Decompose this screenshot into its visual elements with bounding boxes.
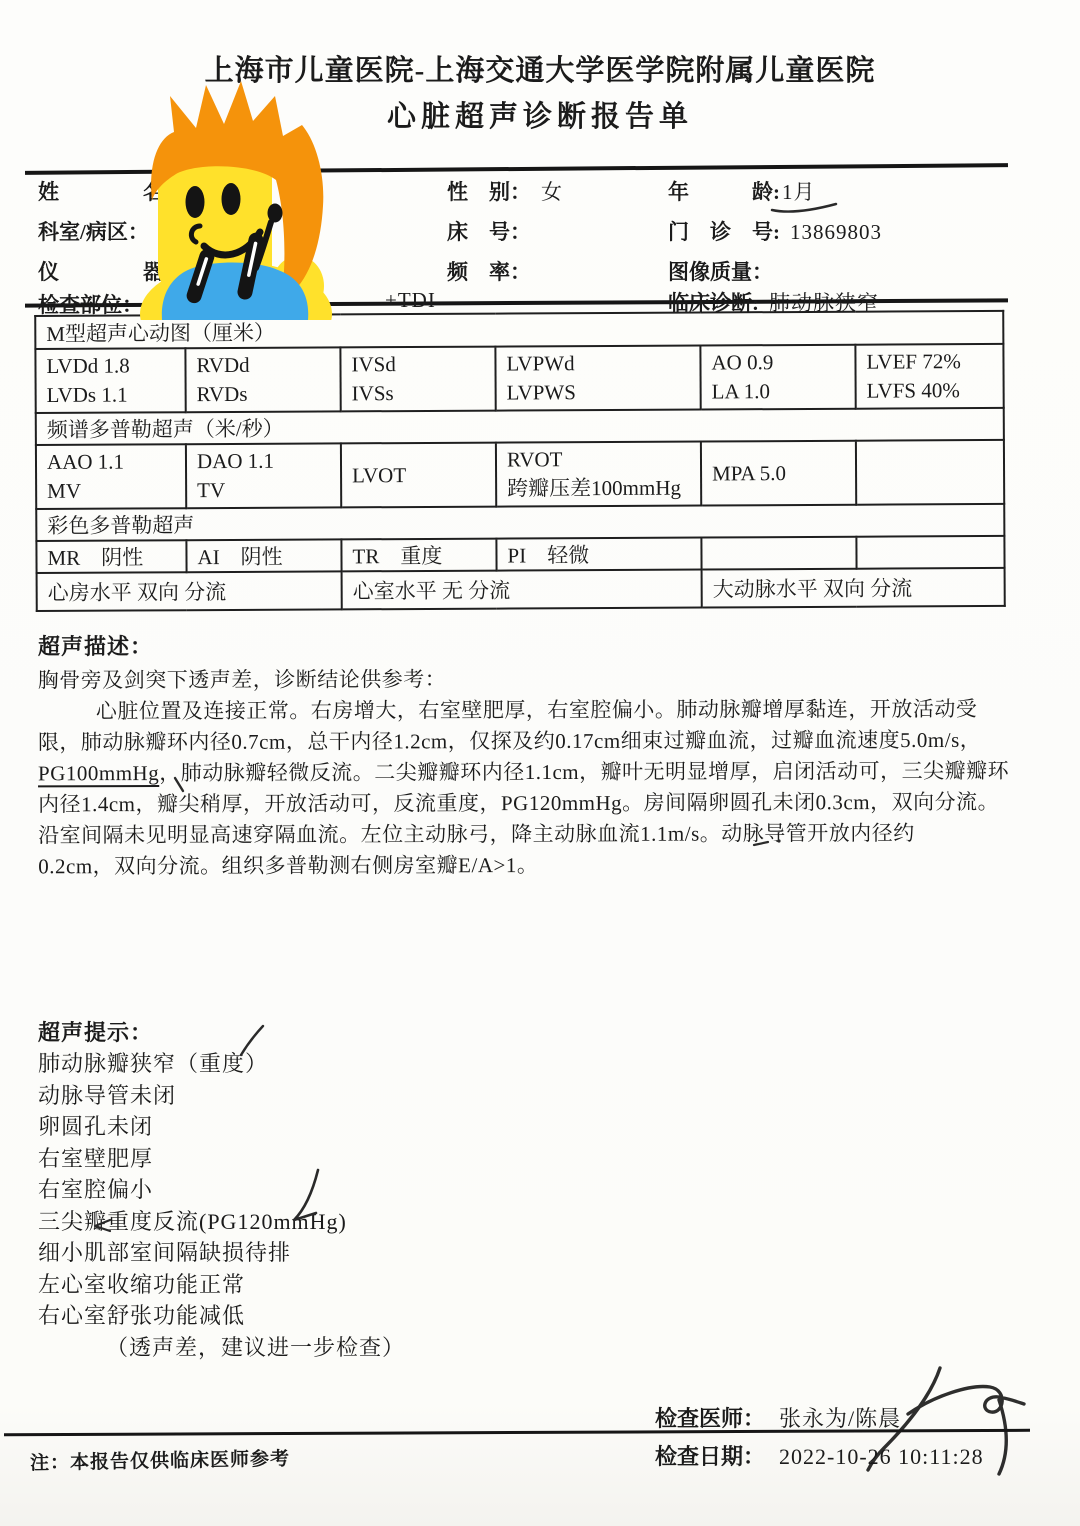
color-cell-mr: MR 阴性 [36,540,186,573]
spectral-section-title: 频谱多普勒超声（米/秒） [36,408,1004,445]
finding-item: 动脉导管未闭 [38,1080,405,1112]
color-cell-tr: TR 重度 [341,539,496,572]
underlined-pg-value: PG100mmHg [38,761,159,785]
doctor-signature [850,1356,1032,1488]
handwriting-slash-mark [238,1024,266,1058]
mmode-cell-rvd: RVDdRVDs [185,347,340,412]
description-title: 超声描述： [38,630,153,661]
field-bed: 床 号： [447,216,531,246]
color-cell-pi: PI 轻微 [496,538,701,571]
privacy-sticker-cartoon [138,80,334,320]
image-quality-label: 图像质量： [668,260,773,284]
findings-list: 肺动脉瓣狭窄（重度） 动脉导管未闭 卵圆孔未闭 右室壁肥厚 右室腔偏小 三尖瓣重… [38,1048,405,1363]
description-line: 沿室间隔未见明显高速穿隔血流。左位主动脉弓，降主动脉血流1.1m/s。动脉导管开… [38,818,1043,852]
color-doppler-section-title: 彩色多普勒超声 [36,504,1004,541]
exam-site-value: +TDI [385,288,436,313]
description-line: 0.2cm，双向分流。组织多普勒测右侧房室瓣E/A>1。 [38,849,1043,883]
description-line: 内径1.4cm，瓣尖稍厚，开放活动可，反流重度，PG120mmHg。房间隔卵圆孔… [38,787,1043,821]
spectral-cell-aao-mv: AAO 1.1MV [36,444,186,509]
spectral-cell-dao-tv: DAO 1.1TV [186,443,341,508]
description-line: 胸骨旁及剑突下透声差，诊断结论供参考： [38,663,1043,697]
mmode-cell-lvd: LVDd 1.8LVDs 1.1 [35,348,185,413]
gender-value: 女 [541,180,563,204]
mmode-cell-ao-la: AO 0.9LA 1.0 [700,345,855,410]
field-image-quality: 图像质量： [668,256,773,286]
description-line: PG100mmHg，肺动脉瓣轻微反流。二尖瓣瓣环内径1.1cm，瓣叶无明显增厚，… [38,756,1043,790]
gender-label: 性 别： [447,180,531,204]
field-outpatient-no: 门 诊 号:13869803 [668,216,882,246]
report-page: 上海市儿童医院-上海交通大学医学院附属儿童医院 心脏超声诊断报告单 姓 名： 性… [0,0,1080,1526]
examiner-label: 检查医师： [655,1406,765,1431]
shunt-great-artery: 大动脉水平 双向 分流 [702,568,1005,608]
handwriting-tick-mark [172,776,186,794]
spectral-cell-rvot: RVOT跨瓣压差100mmHg [496,442,701,507]
mmode-cell-ivs: IVSdIVSs [340,347,495,412]
spectral-cell-mpa: MPA 5.0 [701,441,856,506]
outpatient-no-label: 门 诊 号: [668,220,780,244]
handwriting-age-underline [770,200,840,216]
shunt-ventricular: 心室水平 无 分流 [342,570,702,610]
description-text: 胸骨旁及剑突下透声差，诊断结论供参考： 心脏位置及连接正常。右房增大，右室壁肥厚… [38,663,1044,883]
finding-item: 卵圆孔未闭 [38,1111,405,1143]
handwriting-check-mark [286,1168,326,1230]
finding-item: 右心室舒张功能减低 [38,1300,405,1332]
bed-label: 床 号： [447,220,531,244]
exam-date-label: 检查日期： [655,1444,765,1469]
finding-item: 细小肌部室间隔缺损待排 [38,1237,405,1269]
outpatient-no-value: 13869803 [790,220,882,244]
spectral-cell-empty [856,440,1004,505]
shunt-atrial: 心房水平 双向 分流 [37,571,342,611]
handwriting-caret-mark [92,1218,114,1234]
exam-site-label: 检查部位： [38,293,143,317]
field-frequency: 频 率： [447,256,531,286]
measurement-table: M型超声心动图（厘米） LVDd 1.8LVDs 1.1 RVDdRVDs IV… [34,310,1006,612]
age-label: 年 龄: [668,180,780,204]
findings-title: 超声提示： [38,1016,153,1047]
field-gender: 性 别：女 [447,176,563,206]
handwriting-dash-mark [752,836,786,850]
color-cell-ai: AI 阴性 [186,539,341,572]
description-line: 限，肺动脉瓣环内径0.7cm，总干内径1.2cm，仅探及约0.17cm细束过瓣血… [38,725,1043,759]
department-label: 科室/病区： [38,220,149,244]
finding-item: 左心室收缩功能正常 [38,1269,405,1301]
finding-item: （透声差，建议进一步检查） [38,1332,405,1364]
finding-item: 右室壁肥厚 [38,1143,405,1175]
frequency-label: 频 率： [447,260,531,284]
finding-item: 右室腔偏小 [38,1174,405,1206]
description-line: 心脏位置及连接正常。右房增大，右室壁肥厚，右室腔偏小。肺动脉瓣增厚黏连，开放活动… [38,694,1043,728]
field-department: 科室/病区： [38,216,149,246]
spectral-cell-lvot: LVOT [341,443,496,508]
footer-note: 注：本报告仅供临床医师参考 [30,1444,290,1476]
finding-item: 肺动脉瓣狭窄（重度） [38,1048,405,1080]
color-cell-empty-2 [856,536,1004,569]
color-cell-empty-1 [701,537,856,570]
mmode-cell-lvef-lvfs: LVEF 72%LVFS 40% [855,344,1003,409]
mmode-cell-lvpw: LVPWdLVPWS [495,346,700,411]
